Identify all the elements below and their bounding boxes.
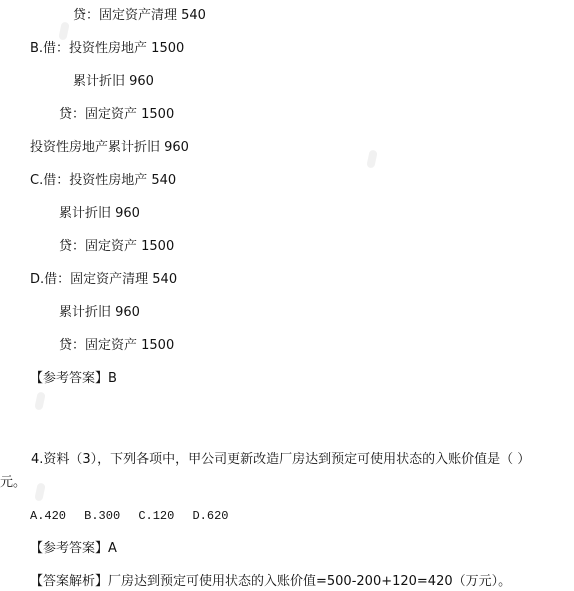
option-d-credit-line: 贷：固定资产 1500 — [59, 338, 174, 354]
q4-option-d: D.620 — [192, 508, 228, 524]
q4-question-text: 4.资料（3），下列各项中，甲公司更新改造厂房达到预定可使用状态的入账价值是（ … — [31, 452, 530, 468]
option-d-depreciation-line: 累计折旧 960 — [59, 305, 140, 321]
q4-question-text-cont: 元。 — [0, 475, 26, 491]
scan-smudge — [58, 21, 70, 40]
q4-reference-answer: 【参考答案】A — [30, 541, 117, 557]
q4-option-a: A.420 — [30, 508, 66, 524]
option-b-credit-line: 贷：固定资产 1500 — [59, 107, 174, 123]
q4-options: A.420 B.300 C.120 D.620 — [30, 508, 242, 524]
scan-smudge — [34, 482, 46, 501]
option-c-debit-line: C.借：投资性房地产 540 — [30, 173, 176, 189]
option-c-credit-line: 贷：固定资产 1500 — [59, 239, 174, 255]
q3-reference-answer: 【参考答案】B — [30, 371, 117, 387]
q4-option-b: B.300 — [84, 508, 120, 524]
q4-option-c: C.120 — [138, 508, 174, 524]
option-d-debit-line: D.借：固定资产清理 540 — [30, 272, 177, 288]
q4-answer-analysis: 【答案解析】厂房达到预定可使用状态的入账价值=500-200+120=420（万… — [30, 574, 511, 590]
option-c-depreciation-line: 累计折旧 960 — [59, 206, 140, 222]
option-b-debit-line: B.借：投资性房地产 1500 — [30, 41, 184, 57]
scan-smudge — [34, 391, 46, 410]
option-b-depreciation-line: 累计折旧 960 — [73, 74, 154, 90]
option-b-credit-line-2: 投资性房地产累计折旧 960 — [30, 140, 189, 156]
option-a-credit-line: 贷：固定资产清理 540 — [73, 8, 206, 24]
scan-smudge — [366, 149, 378, 168]
